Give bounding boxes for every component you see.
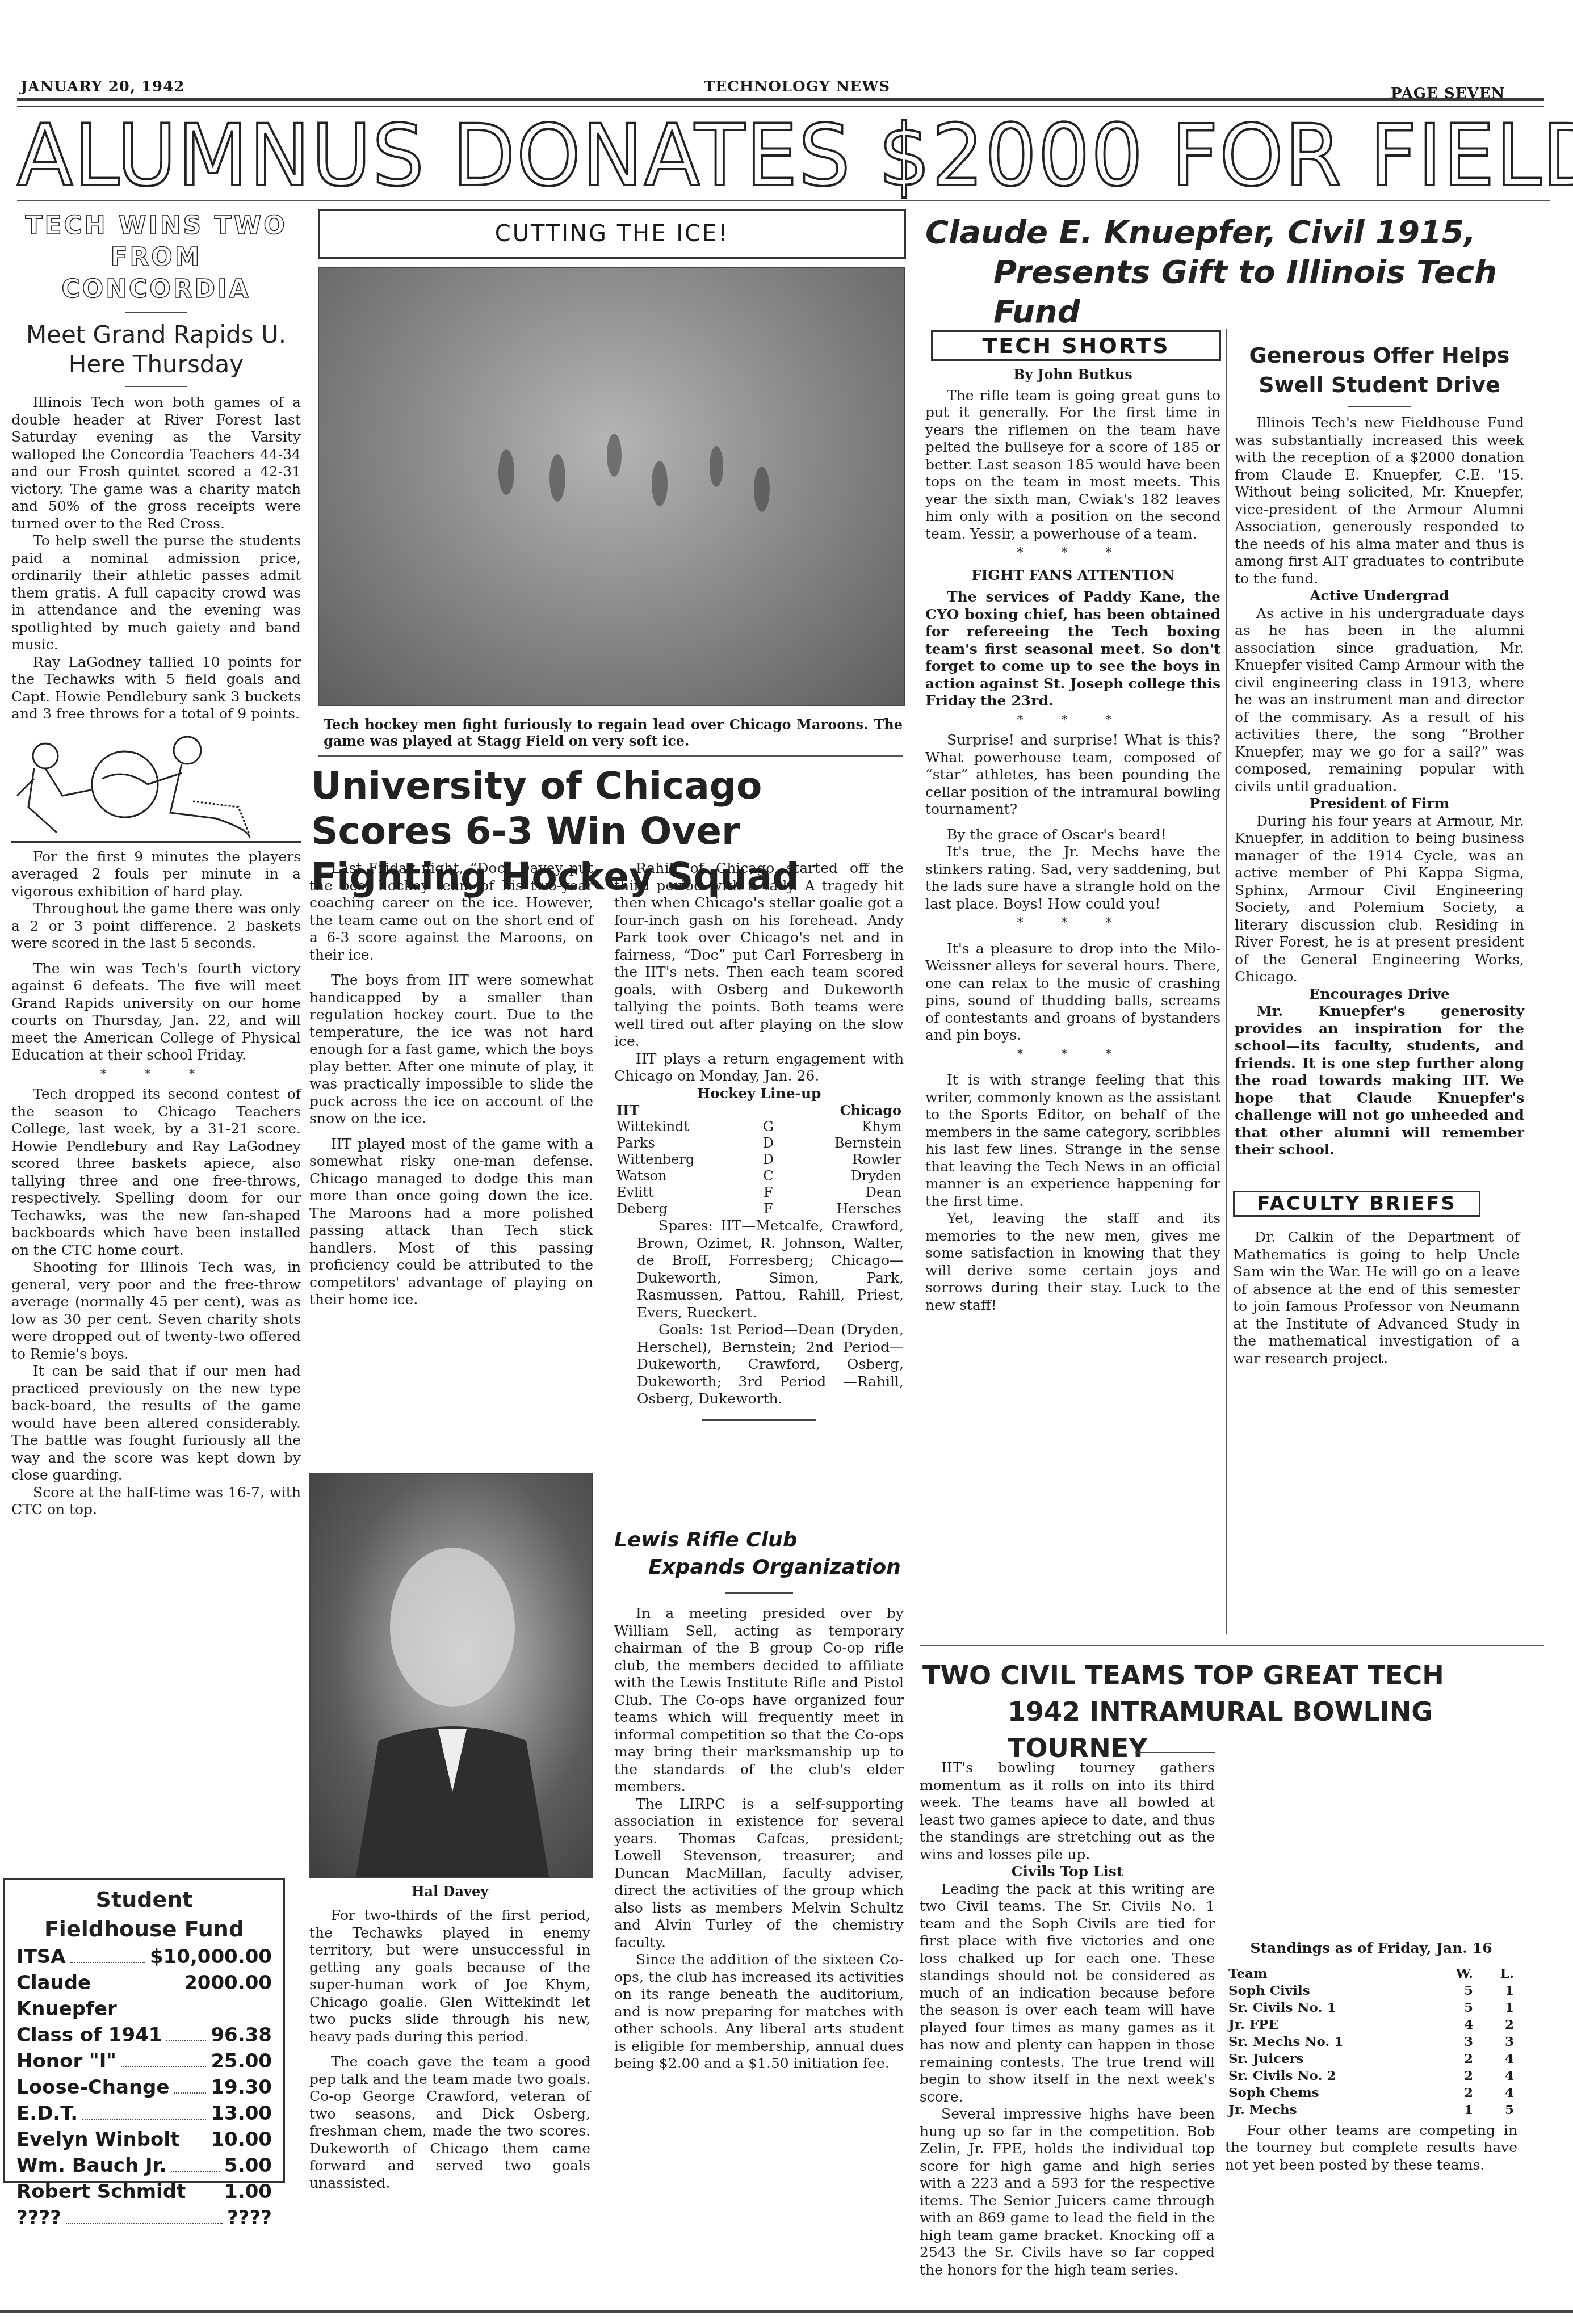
standings-row: Soph Civils51 [1225, 1982, 1517, 1999]
separator-stars: * * * [11, 1066, 301, 1084]
paragraph: It is with strange feeling that this wri… [925, 1071, 1220, 1210]
rifle-club-article: Lewis Rifle Club Expands Organization In… [614, 1527, 904, 2073]
section-rule [920, 1645, 1544, 1646]
tech-shorts-column: By John Butkus The rifle team is going g… [925, 366, 1220, 1314]
paragraph: Several impressive highs have been hung … [920, 2106, 1215, 2279]
paragraph: Yet, leaving the staff and its memories … [925, 1210, 1220, 1314]
divider [1135, 1752, 1215, 1753]
paragraph: Illinois Tech's new Fieldhouse Fund was … [1235, 414, 1524, 587]
hal-davey-portrait [309, 1473, 593, 1878]
paragraph: Leading the pack at this writing are two… [920, 1881, 1215, 2106]
standings-row: Soph Chems24 [1225, 2085, 1517, 2102]
paragraph: The LIRPC is a self-supporting associati… [614, 1796, 904, 1952]
fund-row: Robert Schmidt1.00 [5, 2179, 283, 2205]
byline: By John Butkus [925, 366, 1220, 384]
basketball-article: TECH WINS TWO FROM CONCORDIA Meet Grand … [11, 210, 301, 1519]
paragraph: Dr. Calkin of the Department of Mathemat… [1233, 1229, 1520, 1367]
hockey-lineup-table: IITChicago WittekindtGKhym ParksDBernste… [614, 1102, 904, 1217]
paragraph: Tech dropped its second contest of the s… [11, 1086, 301, 1259]
divider [125, 312, 187, 313]
paragraph: Score at the half-time was 16-7, with CT… [11, 1484, 301, 1519]
rifle-body: In a meeting presided over by William Se… [614, 1605, 904, 2073]
paragraph: During his four years at Armour, Mr. Knu… [1235, 813, 1524, 986]
fund-row: Evelyn Winbolt10.00 [5, 2127, 283, 2153]
paragraph: IIT plays a return engagement with Chica… [614, 1050, 904, 1085]
paragraph: As active in his undergraduate days as h… [1235, 605, 1524, 796]
standings-row: Sr. Civils No. 224 [1225, 2067, 1517, 2085]
paragraph: It's true, the Jr. Mechs have the stinke… [925, 843, 1220, 913]
column-rule [1226, 329, 1227, 1634]
paragraph: By the grace of Oscar's beard! [925, 826, 1220, 844]
fight-fans-head: FIGHT FANS ATTENTION [925, 567, 1220, 585]
separator-stars: * * * [925, 712, 1220, 730]
paper-name: TECHNOLOGY NEWS [704, 78, 890, 95]
hockey-players-icon [319, 268, 904, 705]
rifle-headline-2: Expands Organization [614, 1554, 904, 1581]
subhead: President of Firm [1235, 795, 1524, 813]
subhead: Active Undergrad [1235, 587, 1524, 605]
fund-row: Class of 194196.38 [5, 2022, 283, 2048]
standings-row: Jr. FPE42 [1225, 2016, 1517, 2033]
subhead: Civils Top List [920, 1863, 1215, 1881]
paragraph: It can be said that if our men had pract… [11, 1363, 301, 1484]
paragraph: Four other teams are competing in the to… [1225, 2122, 1517, 2174]
basketball-subheadline: Meet Grand Rapids U. Here Thursday [11, 320, 301, 379]
paragraph: IIT's bowling tourney gathers momentum a… [920, 1759, 1215, 1863]
hockey-article-col1: Last Friday night, “Doc” Davey put the b… [309, 860, 593, 1309]
subhead: Encourages Drive [1235, 986, 1524, 1003]
paragraph: It's a pleasure to drop into the Milo-We… [925, 940, 1220, 1044]
paragraph: The services of Paddy Kane, the CYO boxi… [925, 589, 1220, 710]
basketball-body-2: For the first 9 minutes the players aver… [11, 848, 301, 1519]
bowling-col2: Standings as of Friday, Jan. 16 TeamW.L.… [1225, 1759, 1517, 2174]
lineup-row: WittekindtGKhym [614, 1119, 904, 1135]
paragraph: The rifle team is going great guns to pu… [925, 387, 1220, 543]
knuepfer-headline-1: Claude E. Knuepfer, Civil 1915, [925, 213, 1561, 253]
standings-table: TeamW.L. Soph Civils51 Sr. Civils No. 15… [1225, 1965, 1517, 2119]
portrait-icon [311, 1474, 592, 1877]
separator-stars: * * * [925, 545, 1220, 562]
fund-row: ???????? [5, 2205, 283, 2231]
caption-rule [318, 755, 903, 757]
paragraph: Ray LaGodney tallied 10 points for the T… [11, 654, 301, 723]
hockey-game-photo [318, 267, 905, 706]
cutting-the-ice-title: CUTTING THE ICE! [318, 209, 906, 259]
paragraph: In a meeting presided over by William Se… [614, 1605, 904, 1796]
paragraph: The win was Tech's fourth victory agains… [11, 960, 301, 1064]
fund-row: Claude Knuepfer2000.00 [5, 1970, 283, 2022]
standings-row: Sr. Civils No. 151 [1225, 1999, 1517, 2016]
paragraph: For two-thirds of the first period, the … [309, 1907, 590, 2045]
paragraph: Since the addition of the sixteen Co-ops… [614, 1951, 904, 2073]
hockey-article-col1b: For two-thirds of the first period, the … [309, 1907, 590, 2192]
divider [702, 1419, 816, 1421]
paragraph: IIT played most of the game with a somew… [309, 1136, 593, 1309]
fund-row: Honor "I"25.00 [5, 2048, 283, 2074]
standings-title: Standings as of Friday, Jan. 16 [1225, 1940, 1517, 1957]
paragraph: The boys from IIT were somewhat handicap… [309, 972, 593, 1128]
paragraph: To help swell the purse the students pai… [11, 532, 301, 654]
rifle-headline-1: Lewis Rifle Club [614, 1527, 904, 1554]
paragraph: Mr. Knuepfer's generosity provides an in… [1235, 1003, 1524, 1159]
paragraph: Rahill of Chicago started off the third … [614, 860, 904, 1050]
banner-rule [17, 200, 1550, 201]
bowling-col1: IIT's bowling tourney gathers momentum a… [920, 1759, 1215, 2279]
fund-row: Wm. Bauch Jr.5.00 [5, 2153, 283, 2179]
knuepfer-headline: Claude E. Knuepfer, Civil 1915, Presents… [925, 213, 1561, 332]
lineup-row: ParksDBernstein [614, 1135, 904, 1152]
divider [1348, 406, 1411, 407]
bowling-headline: TWO CIVIL TEAMS TOP GREAT TECH 1942 INTR… [922, 1657, 1547, 1766]
fund-row: ITSA$10,000.00 [5, 1944, 283, 1970]
basketball-cartoon [11, 733, 301, 843]
fund-row: E.D.T.13.00 [5, 2100, 283, 2127]
fund-title-1: Student [5, 1887, 283, 1912]
fund-title-2: Fieldhouse Fund [5, 1917, 283, 1941]
separator-stars: * * * [925, 915, 1220, 932]
faculty-briefs-article: Dr. Calkin of the Department of Mathemat… [1233, 1229, 1520, 1367]
issue-date: JANUARY 20, 1942 [20, 78, 184, 95]
paragraph: The coach gave the team a good pep talk … [309, 2053, 590, 2192]
generous-headline: Generous Offer Helps Swell Student Drive [1235, 341, 1524, 400]
paragraph: Surprise! and surprise! What is this? Wh… [925, 732, 1220, 818]
paragraph: For the first 9 minutes the players aver… [11, 848, 301, 901]
divider [725, 1592, 793, 1594]
lineup-row: DebergFHersches [614, 1201, 904, 1217]
paragraph: Shooting for Illinois Tech was, in gener… [11, 1259, 301, 1363]
fund-row: Loose-Change19.30 [5, 2074, 283, 2100]
knuepfer-headline-2: Presents Gift to Illinois Tech Fund [925, 253, 1561, 332]
portrait-caption: Hal Davey [309, 1883, 590, 1899]
lineup-row: WittenbergDRowler [614, 1152, 904, 1168]
bowling-headline-1: TWO CIVIL TEAMS TOP GREAT TECH [922, 1657, 1547, 1693]
tech-shorts-title: TECH SHORTS [931, 330, 1221, 361]
banner-headline: ALUMNUS DONATES $2000 FOR FIELDHOUSE [17, 114, 1488, 199]
fieldhouse-fund-box: Student Fieldhouse Fund ITSA$10,000.00 C… [3, 1878, 285, 2183]
generous-offer-article: Generous Offer Helps Swell Student Drive… [1235, 341, 1524, 1159]
hockey-article-col2: Rahill of Chicago started off the third … [614, 860, 904, 1427]
separator-stars: * * * [925, 1047, 1220, 1064]
hockey-photo-caption: Tech hockey men fight furiously to regai… [324, 716, 903, 749]
basketball-body-1: Illinois Tech won both games of a double… [11, 394, 301, 723]
divider [125, 386, 187, 387]
basketball-players-icon [11, 733, 295, 841]
spares: Spares: IIT—Metcalfe, Crawford, Brown, O… [637, 1217, 904, 1321]
goals: Goals: 1st Period—Dean (Dryden, Herschel… [637, 1321, 904, 1408]
bowling-headline-2: 1942 INTRAMURAL BOWLING TOURNEY [922, 1693, 1547, 1766]
masthead-rule [17, 98, 1544, 101]
lineup-row: WatsonCDryden [614, 1168, 904, 1184]
lineup-title: Hockey Line-up [614, 1085, 904, 1103]
page-bottom-edge [0, 2310, 1573, 2313]
lineup-row: EvlittFDean [614, 1184, 904, 1201]
paragraph: Illinois Tech won both games of a double… [11, 394, 301, 532]
paragraph: Last Friday night, “Doc” Davey put the b… [309, 860, 593, 964]
standings-row: Sr. Juicers24 [1225, 2050, 1517, 2067]
faculty-briefs-title: FACULTY BRIEFS [1233, 1191, 1480, 1217]
paragraph: Throughout the game there was only a 2 o… [11, 900, 301, 952]
standings-row: Sr. Mechs No. 133 [1225, 2033, 1517, 2050]
standings-row: Jr. Mechs15 [1225, 2102, 1517, 2119]
basketball-headline: TECH WINS TWO FROM CONCORDIA [11, 210, 301, 305]
